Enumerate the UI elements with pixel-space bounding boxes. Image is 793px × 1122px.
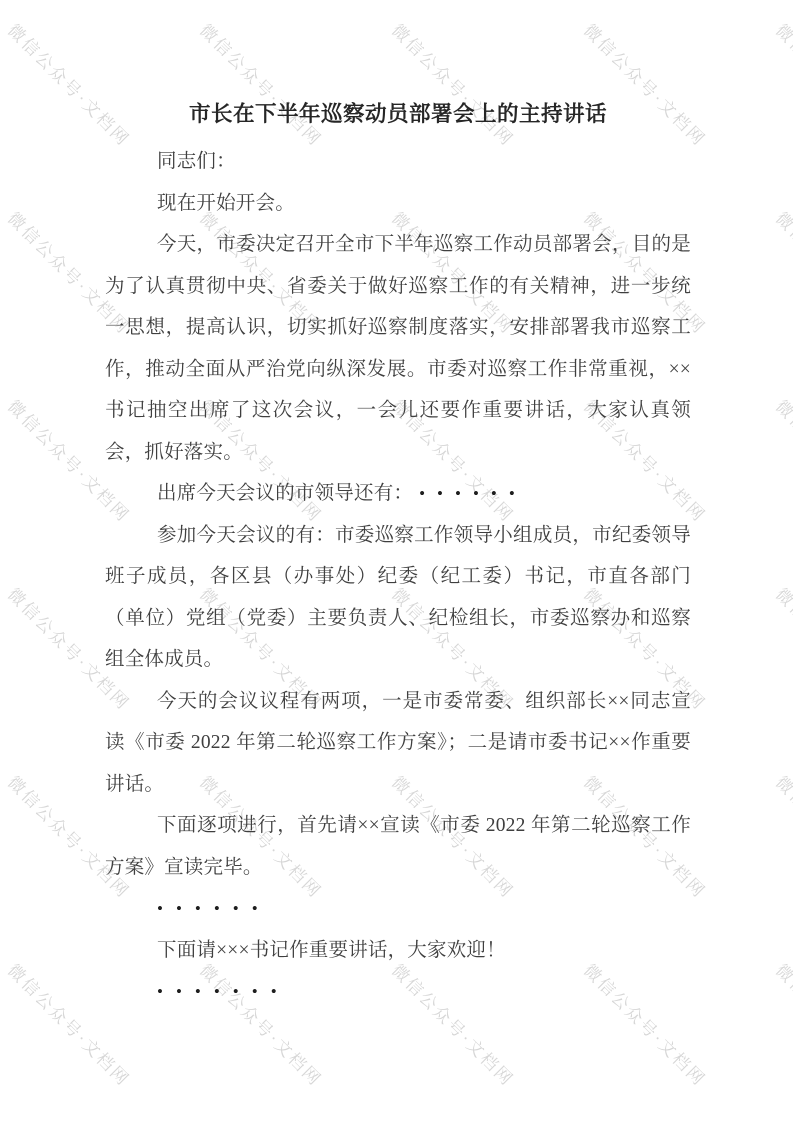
paragraph-opening: 现在开始开会。 <box>105 183 691 225</box>
document-content: 市长在下半年巡察动员部署会上的主持讲话 同志们： 现在开始开会。 今天，市委决定… <box>105 98 691 1013</box>
watermark-text: 微信公众号·文档网 <box>771 957 793 1091</box>
ellipsis-dots: •••••• <box>157 899 271 918</box>
watermark-text: 微信公众号·文档网 <box>771 17 793 151</box>
document-body: 同志们： 现在开始开会。 今天，市委决定召开全市下半年巡察工作动员部署会，目的是… <box>105 141 691 1013</box>
paragraph-salutation: 同志们： <box>105 141 691 183</box>
paragraph-ellipsis-1: •••••• <box>105 888 691 930</box>
watermark-text: 微信公众号·文档网 <box>771 205 793 339</box>
ellipsis-dots: ••••••• <box>157 982 290 1001</box>
paragraph-proceed: 下面逐项进行，首先请××宣读《市委 2022 年第二轮巡察工作方案》宣读完毕。 <box>105 805 691 888</box>
paragraph-invite-speech: 下面请×××书记作重要讲话，大家欢迎！ <box>105 930 691 972</box>
document-page: 微信公众号·文档网微信公众号·文档网微信公众号·文档网微信公众号·文档网微信公众… <box>0 0 793 1122</box>
paragraph-ellipsis-2: ••••••• <box>105 971 691 1013</box>
watermark-text: 微信公众号·文档网 <box>771 581 793 715</box>
paragraph-attending-leaders: 出席今天会议的市领导还有：•••••• <box>105 473 691 515</box>
ellipsis-dots: •••••• <box>413 484 527 503</box>
paragraph-agenda: 今天的会议议程有两项，一是市委常委、组织部长××同志宣读《市委 2022 年第二… <box>105 681 691 806</box>
paragraph-purpose: 今天，市委决定召开全市下半年巡察工作动员部署会，目的是为了认真贯彻中央、省委关于… <box>105 224 691 473</box>
watermark-text: 微信公众号·文档网 <box>771 393 793 527</box>
paragraph-participants: 参加今天会议的有：市委巡察工作领导小组成员，市纪委领导班子成员，各区县（办事处）… <box>105 515 691 681</box>
document-title: 市长在下半年巡察动员部署会上的主持讲话 <box>105 98 691 130</box>
watermark-text: 微信公众号·文档网 <box>771 769 793 903</box>
